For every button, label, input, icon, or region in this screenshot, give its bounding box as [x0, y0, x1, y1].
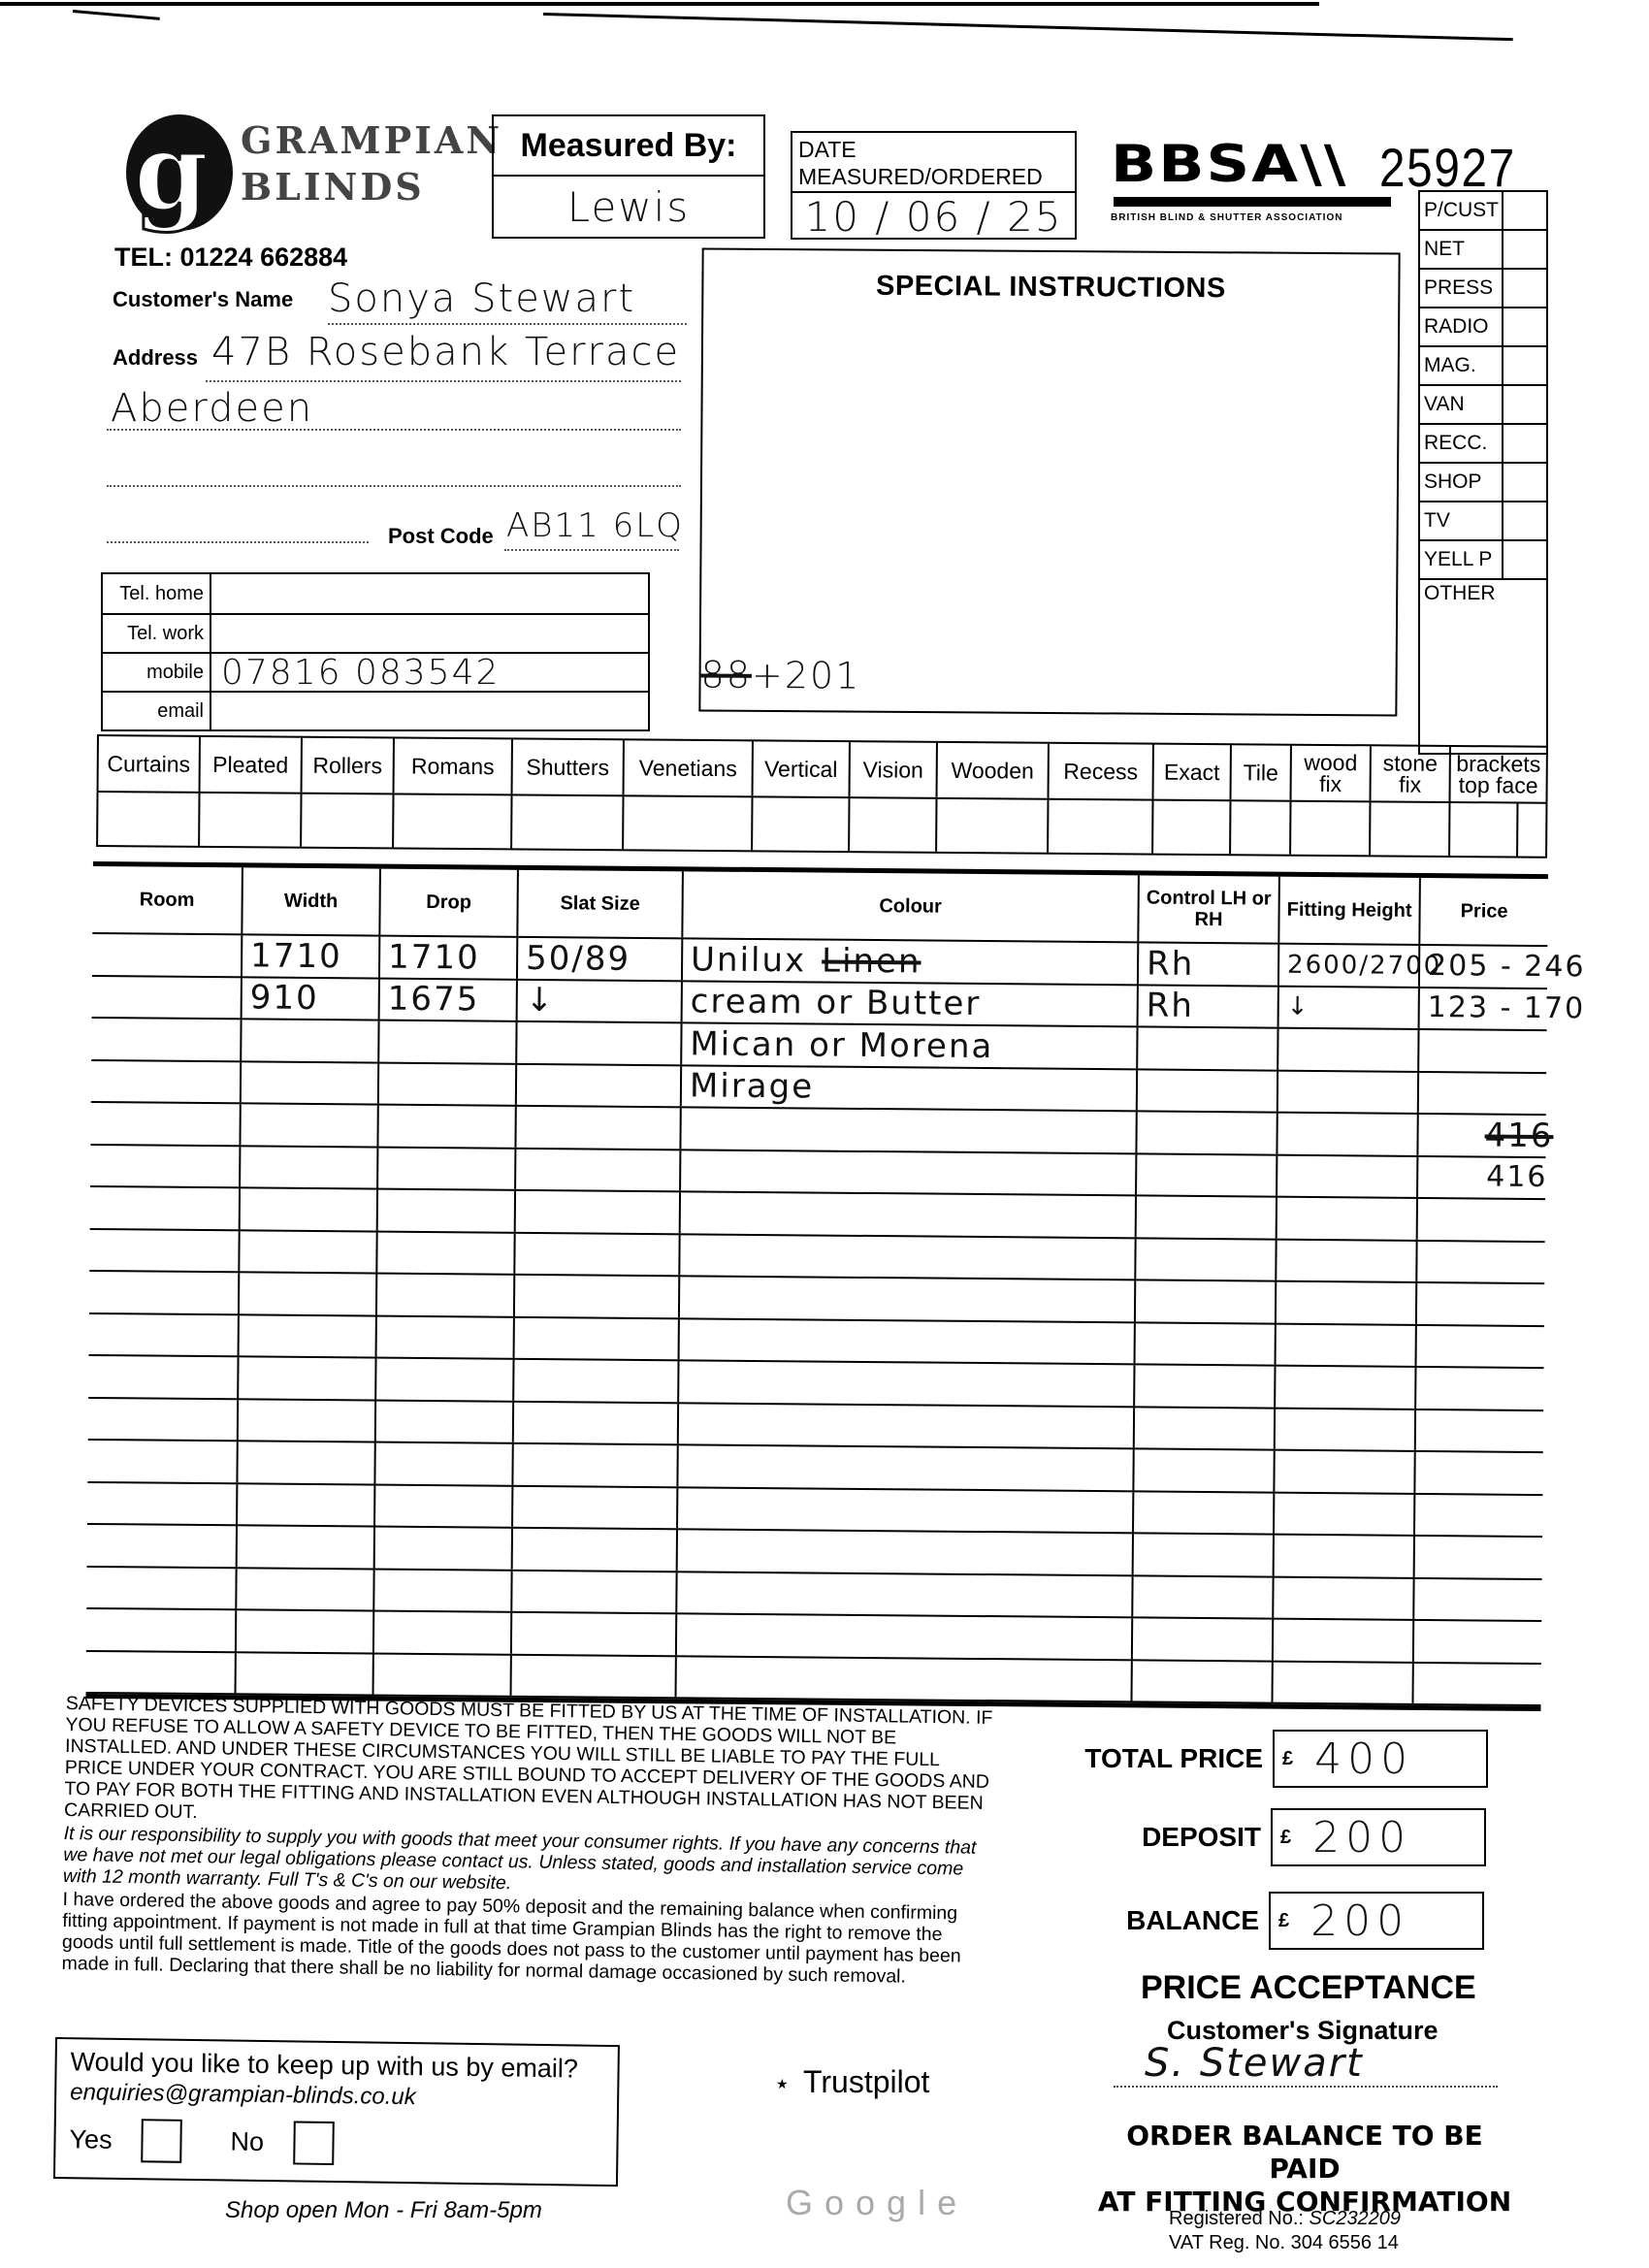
cell-price[interactable]: 205 - 246: [1420, 946, 1547, 988]
bbsa-name: BRITISH BLIND & SHUTTER ASSOCIATION: [1111, 212, 1342, 223]
cell-colour[interactable]: Mirage: [682, 1066, 1138, 1111]
cell-width[interactable]: [238, 1484, 375, 1526]
postcode-label: Post Code: [388, 524, 494, 549]
cell-control[interactable]: [1135, 1365, 1276, 1407]
balance-label: BALANCE: [1065, 1905, 1269, 1936]
cell-slat[interactable]: ↓: [518, 980, 683, 1021]
contact-label: Tel. work: [103, 615, 211, 652]
cell-slat[interactable]: [512, 1613, 677, 1655]
source-checkbox[interactable]: [1503, 192, 1546, 229]
product-type-checkbox[interactable]: [302, 794, 394, 848]
cell-fitting[interactable]: [1277, 1240, 1417, 1281]
cell-control[interactable]: [1138, 1070, 1278, 1112]
source-checkbox[interactable]: [1503, 464, 1546, 501]
registered-number: Registered No.: SC232209: [1169, 2207, 1401, 2231]
cell-control[interactable]: [1138, 1027, 1278, 1069]
cell-price[interactable]: [1419, 1072, 1546, 1114]
total-price-label: TOTAL PRICE: [1069, 1743, 1273, 1774]
deposit-field[interactable]: £ 200: [1271, 1808, 1486, 1866]
cell-colour[interactable]: [680, 1277, 1136, 1321]
cell-slat[interactable]: [513, 1486, 678, 1528]
company-email[interactable]: enquiries@grampian-blinds.co.uk: [70, 2079, 603, 2114]
total-price-row: TOTAL PRICE £ 400: [1069, 1730, 1488, 1788]
deposit-row: DEPOSIT £ 200: [1067, 1808, 1486, 1866]
cell-price[interactable]: 416: [1418, 1115, 1545, 1156]
cell-room[interactable]: [91, 1060, 242, 1102]
product-type-label: brackets top face: [1451, 747, 1546, 802]
cell-slat[interactable]: [517, 1022, 682, 1064]
source-row: RECC.: [1420, 423, 1546, 462]
special-instructions-title: SPECIAL INSTRUCTIONS: [703, 270, 1398, 307]
column-header: Control LH or RH: [1139, 875, 1280, 942]
cell-slat[interactable]: [515, 1276, 680, 1317]
cell-drop[interactable]: [378, 1190, 516, 1232]
cell-width[interactable]: [241, 1147, 378, 1188]
customer-name-line: [328, 323, 687, 325]
contact-row: Tel. home: [103, 574, 648, 613]
cell-colour[interactable]: [680, 1319, 1136, 1364]
google-logo: Google: [786, 2183, 968, 2223]
cell-room[interactable]: [92, 976, 242, 1018]
no-checkbox[interactable]: [293, 2121, 335, 2165]
cell-drop[interactable]: [376, 1401, 514, 1442]
cell-slat[interactable]: [516, 1149, 681, 1190]
cell-drop[interactable]: [377, 1275, 515, 1316]
cell-slat[interactable]: [516, 1191, 681, 1233]
source-label: RADIO: [1420, 308, 1503, 345]
cell-colour[interactable]: [678, 1445, 1134, 1490]
postcode-line: [504, 549, 679, 551]
order-balance-notice: ORDER BALANCE TO BE PAID AT FITTING CONF…: [1086, 2120, 1523, 2219]
measured-by-value[interactable]: Lewis: [494, 177, 763, 237]
colour-value: Unilux: [691, 949, 806, 971]
balance-field[interactable]: £ 200: [1269, 1892, 1484, 1950]
contact-value[interactable]: [211, 574, 648, 613]
postcode-value[interactable]: AB11 6LQ: [506, 506, 684, 545]
cell-drop[interactable]: [374, 1654, 512, 1696]
payment-agreement: I have ordered the above goods and agree…: [61, 1889, 993, 1989]
no-label: No: [230, 2127, 264, 2157]
cell-width[interactable]: [238, 1526, 375, 1568]
source-row: P/CUST: [1420, 190, 1546, 229]
cell-price[interactable]: [1418, 1199, 1545, 1241]
cell-fitting[interactable]: [1278, 1029, 1419, 1071]
product-type-checkbox[interactable]: [1049, 800, 1153, 854]
consumer-rights: It is our responsibility to supply you w…: [63, 1823, 995, 1901]
contact-label: mobile: [103, 654, 211, 691]
measurement-header: RoomWidthDropSlat SizeColourControl LH o…: [92, 866, 1548, 947]
cell-drop[interactable]: 1675: [380, 979, 518, 1021]
cell-width[interactable]: [239, 1400, 376, 1442]
cell-colour[interactable]: [679, 1361, 1135, 1406]
contact-label: Tel. home: [103, 574, 211, 613]
measurement-rows: 1710171050/89UniluxLinenRh2600/2700205 -…: [86, 934, 1548, 1706]
currency-symbol: £: [1282, 1748, 1293, 1770]
cell-fitting[interactable]: [1275, 1536, 1415, 1577]
cell-width[interactable]: [237, 1569, 374, 1610]
source-label: NET: [1420, 231, 1503, 268]
brackets-top-checkbox[interactable]: [1450, 803, 1518, 857]
cell-drop[interactable]: [375, 1443, 513, 1485]
total-price-value: 400: [1314, 1734, 1413, 1784]
column-header: Price: [1420, 878, 1548, 945]
contact-value[interactable]: [211, 693, 648, 729]
address-line-1: [206, 380, 681, 382]
deposit-label: DEPOSIT: [1067, 1822, 1271, 1853]
source-checkbox[interactable]: [1503, 425, 1546, 462]
customer-name-label: Customer's Name: [113, 287, 293, 312]
address-line-1-value[interactable]: 47B Rosebank Terrace: [211, 330, 680, 374]
cell-drop[interactable]: [379, 1063, 517, 1105]
cell-drop[interactable]: [378, 1148, 516, 1189]
trustpilot-logo: Trustpilot: [803, 2064, 929, 2100]
terms-and-conditions: SAFETY DEVICES SUPPLIED WITH GOODS MUST …: [61, 1693, 996, 1991]
cell-slat[interactable]: [516, 1107, 681, 1149]
cell-fitting[interactable]: [1274, 1620, 1414, 1662]
cell-colour[interactable]: [679, 1404, 1135, 1448]
cell-colour[interactable]: [678, 1530, 1134, 1574]
struck-price: 416: [1484, 1124, 1553, 1147]
cell-fitting[interactable]: [1278, 1071, 1419, 1113]
order-balance-line1: ORDER BALANCE TO BE PAID: [1086, 2120, 1523, 2186]
column-header: Drop: [380, 869, 519, 936]
safety-terms: SAFETY DEVICES SUPPLIED WITH GOODS MUST …: [64, 1693, 997, 1835]
yes-label: Yes: [69, 2124, 112, 2155]
source-checkbox[interactable]: [1503, 386, 1546, 423]
cell-width[interactable]: [242, 1020, 379, 1061]
email-optin-box: Would you like to keep up with us by ema…: [53, 2037, 620, 2187]
product-type-checkbox[interactable]: [624, 796, 753, 850]
date-label: DATE MEASURED/ORDERED: [792, 133, 1075, 193]
customer-name-value[interactable]: Sonya Stewart: [328, 276, 635, 321]
cell-price[interactable]: [1416, 1368, 1543, 1409]
contact-value[interactable]: 07816 083542: [211, 654, 648, 691]
yes-checkbox[interactable]: [141, 2119, 182, 2163]
cell-colour[interactable]: Mican or Morena: [682, 1023, 1138, 1068]
cell-colour[interactable]: [677, 1614, 1133, 1659]
contact-table: Tel. homeTel. workmobile07816 083542emai…: [101, 572, 650, 731]
cell-room[interactable]: [92, 934, 242, 976]
cell-control[interactable]: [1132, 1661, 1273, 1702]
column-header: Colour: [683, 871, 1140, 941]
cell-price[interactable]: 416: [1418, 1156, 1545, 1198]
brackets-face-checkbox[interactable]: [1518, 804, 1545, 857]
currency-symbol: £: [1280, 1827, 1291, 1849]
cell-width[interactable]: [237, 1610, 374, 1652]
cell-fitting[interactable]: [1277, 1198, 1418, 1240]
bbsa-bar: [1114, 197, 1391, 207]
cell-slat[interactable]: [514, 1402, 679, 1443]
cell-control[interactable]: Rh: [1139, 986, 1279, 1027]
product-type-checkbox[interactable]: [1231, 801, 1291, 854]
cell-drop[interactable]: [375, 1528, 513, 1570]
source-row: PRESS: [1420, 268, 1546, 307]
product-type-checkbox[interactable]: [1371, 802, 1450, 856]
cell-width[interactable]: [240, 1273, 377, 1314]
address-line-2-value[interactable]: Aberdeen: [111, 386, 313, 431]
cell-colour[interactable]: [680, 1235, 1136, 1280]
source-checkbox[interactable]: [1503, 347, 1546, 384]
address-line-3: [107, 485, 681, 487]
cell-control[interactable]: [1136, 1323, 1277, 1365]
cell-control[interactable]: [1133, 1618, 1274, 1660]
cell-price[interactable]: [1413, 1663, 1540, 1704]
logo-letter: g: [134, 109, 209, 234]
cell-price[interactable]: [1419, 1030, 1546, 1072]
source-checkbox[interactable]: [1503, 502, 1546, 539]
note-value: +201: [752, 654, 861, 697]
cell-room[interactable]: [87, 1525, 238, 1567]
product-type-label: Exact: [1154, 745, 1232, 800]
cell-fitting[interactable]: [1275, 1451, 1415, 1493]
cell-slat[interactable]: 50/89: [518, 938, 683, 980]
reg-number: SC232209: [1309, 2208, 1402, 2229]
contact-value[interactable]: [211, 615, 648, 652]
product-type-label: Venetians: [625, 740, 754, 795]
product-type-checkbox[interactable]: [98, 793, 200, 846]
cell-colour[interactable]: [677, 1657, 1133, 1701]
cell-room[interactable]: [88, 1356, 239, 1398]
product-type-label: Vertical: [754, 741, 851, 796]
cell-fitting[interactable]: [1275, 1493, 1415, 1535]
cell-price[interactable]: [1414, 1621, 1541, 1663]
source-label: VAN: [1420, 386, 1503, 423]
cell-fitting[interactable]: [1277, 1155, 1418, 1197]
cell-control[interactable]: Rh: [1139, 943, 1279, 985]
cell-width[interactable]: [238, 1442, 375, 1483]
address-label: Address: [113, 345, 198, 371]
measured-by-label: Measured By:: [494, 116, 763, 177]
cell-room[interactable]: [89, 1229, 240, 1271]
cell-price[interactable]: [1415, 1452, 1542, 1494]
cell-width[interactable]: [239, 1357, 376, 1399]
column-header: Room: [92, 866, 243, 933]
balance-value: 200: [1310, 1896, 1409, 1946]
product-type-label: Tile: [1232, 745, 1292, 799]
column-header: Width: [242, 867, 381, 934]
product-type-checkbox[interactable]: [753, 797, 850, 851]
cell-fitting[interactable]: [1276, 1409, 1416, 1450]
cell-fitting[interactable]: [1277, 1282, 1417, 1324]
reg-label: Registered No.:: [1169, 2208, 1304, 2229]
cell-fitting[interactable]: [1274, 1577, 1414, 1619]
cell-slat[interactable]: [513, 1529, 678, 1571]
cell-room[interactable]: [87, 1482, 238, 1524]
cell-width[interactable]: [241, 1188, 378, 1230]
cell-price[interactable]: [1417, 1283, 1544, 1325]
cell-control[interactable]: [1134, 1534, 1275, 1575]
balance-row: BALANCE £ 200: [1065, 1892, 1484, 1950]
cell-drop[interactable]: [379, 1021, 517, 1063]
cell-colour[interactable]: [681, 1108, 1137, 1152]
cell-control[interactable]: [1137, 1154, 1277, 1196]
cell-colour[interactable]: [678, 1488, 1134, 1533]
cell-fitting[interactable]: 2600/2700: [1279, 945, 1420, 987]
source-row: SHOP: [1420, 462, 1546, 501]
cell-width[interactable]: 910: [242, 978, 380, 1020]
cell-width[interactable]: [242, 1062, 379, 1104]
source-checkbox[interactable]: [1503, 308, 1546, 345]
scan-edge-line: [0, 2, 1319, 6]
source-label: YELL P: [1420, 541, 1503, 578]
cell-slat[interactable]: [512, 1571, 677, 1612]
cell-drop[interactable]: [376, 1359, 514, 1401]
cell-price[interactable]: 123 - 170: [1420, 988, 1547, 1029]
source-checkbox[interactable]: [1503, 231, 1546, 268]
product-type-checkbox[interactable]: [1291, 802, 1371, 856]
cell-control[interactable]: [1135, 1408, 1276, 1449]
source-checkbox[interactable]: [1503, 541, 1546, 578]
cell-drop[interactable]: [374, 1612, 512, 1654]
cell-fitting[interactable]: [1273, 1662, 1413, 1703]
cell-drop[interactable]: [377, 1232, 515, 1274]
product-type-label: Vision: [851, 742, 938, 797]
cell-colour[interactable]: cream or Butter: [683, 982, 1139, 1026]
cell-width[interactable]: [240, 1231, 377, 1273]
currency-symbol: £: [1278, 1910, 1289, 1932]
cell-slat[interactable]: [514, 1360, 679, 1402]
colour-value: cream or Butter: [691, 991, 982, 1016]
cell-drop[interactable]: 1710: [380, 937, 518, 979]
product-type-checkbox[interactable]: [512, 795, 624, 849]
cell-fitting[interactable]: [1277, 1114, 1418, 1155]
cell-price[interactable]: [1415, 1537, 1542, 1578]
cell-control[interactable]: [1134, 1449, 1275, 1491]
cell-fitting[interactable]: ↓: [1279, 987, 1420, 1028]
source-row: NET: [1420, 229, 1546, 268]
trustpilot-star-icon: ★: [776, 2076, 789, 2092]
cell-room[interactable]: [91, 1019, 242, 1060]
product-type-label: stone fix: [1372, 746, 1451, 801]
product-type-label: Curtains: [99, 736, 201, 792]
cell-fitting[interactable]: [1277, 1324, 1417, 1366]
cell-drop[interactable]: [378, 1106, 516, 1148]
cell-price[interactable]: [1417, 1325, 1544, 1367]
colour-value: Mican or Morena: [690, 1033, 993, 1057]
cell-colour[interactable]: [681, 1150, 1137, 1195]
address-line-4: [107, 541, 369, 543]
cell-slat[interactable]: [515, 1233, 680, 1275]
product-type-table: CurtainsPleatedRollersRomansShuttersVene…: [96, 734, 1548, 859]
total-price-field[interactable]: £ 400: [1273, 1730, 1488, 1788]
contact-row: Tel. work: [103, 613, 648, 652]
cell-colour[interactable]: [677, 1572, 1133, 1617]
product-type-checkbox[interactable]: [394, 794, 512, 848]
deposit-value: 200: [1312, 1813, 1411, 1863]
cell-drop[interactable]: [374, 1570, 512, 1611]
cell-room[interactable]: [89, 1313, 240, 1355]
cell-width[interactable]: [240, 1315, 377, 1357]
scan-edge-line: [73, 10, 160, 20]
cell-slat[interactable]: [513, 1444, 678, 1486]
source-other[interactable]: OTHER: [1420, 578, 1546, 755]
cell-room[interactable]: [87, 1441, 238, 1482]
cell-room[interactable]: [86, 1651, 237, 1693]
cell-control[interactable]: [1137, 1112, 1277, 1153]
source-checkbox[interactable]: [1503, 270, 1546, 307]
vat-label: VAT Reg. No.: [1169, 2232, 1285, 2253]
cell-slat[interactable]: [512, 1655, 677, 1697]
cell-drop[interactable]: [375, 1485, 513, 1527]
source-label: PRESS: [1420, 270, 1503, 307]
registration-info: Registered No.: SC232209 VAT Reg. No. 30…: [1169, 2207, 1401, 2255]
cell-width[interactable]: [241, 1104, 378, 1146]
scan-edge-line: [543, 13, 1513, 41]
cell-slat[interactable]: [515, 1317, 680, 1359]
special-instructions-note: 88+201: [700, 653, 860, 697]
cell-fitting[interactable]: [1276, 1367, 1416, 1409]
cell-room[interactable]: [90, 1187, 241, 1229]
source-label: MAG.: [1420, 347, 1503, 384]
cell-room[interactable]: [86, 1609, 237, 1651]
contact-row: email: [103, 691, 648, 729]
cell-room[interactable]: [88, 1398, 239, 1440]
cell-room[interactable]: [86, 1567, 237, 1608]
struck-colour: Linen: [822, 950, 921, 972]
special-instructions-box[interactable]: SPECIAL INSTRUCTIONS 88+201: [698, 247, 1400, 716]
cell-control[interactable]: [1133, 1576, 1274, 1618]
measured-by-box: Measured By: Lewis: [492, 114, 765, 239]
cell-colour[interactable]: [681, 1192, 1137, 1237]
cell-price[interactable]: [1414, 1578, 1541, 1620]
cell-control[interactable]: [1136, 1239, 1277, 1280]
cell-drop[interactable]: [377, 1316, 515, 1358]
cell-room[interactable]: [89, 1272, 240, 1313]
source-label: TV: [1420, 502, 1503, 539]
company-name-line1: GRAMPIAN: [241, 118, 502, 162]
source-row: MAG.: [1420, 345, 1546, 384]
cell-price[interactable]: [1416, 1409, 1543, 1451]
signature-line: [1114, 2086, 1498, 2088]
product-type-label: Rollers: [303, 738, 395, 794]
customer-signature[interactable]: S. Stewart: [1145, 2041, 1364, 2086]
lead-source-table: P/CUSTNETPRESSRADIOMAG.VANRECC.SHOPTVYEL…: [1418, 190, 1548, 755]
vat-number: VAT Reg. No. 304 6556 14: [1169, 2231, 1401, 2255]
cell-width[interactable]: [237, 1653, 374, 1695]
cell-room[interactable]: [90, 1103, 241, 1145]
cell-control[interactable]: [1136, 1280, 1277, 1322]
cell-price[interactable]: [1415, 1494, 1542, 1536]
bbsa-logo: BBSA\\: [1111, 133, 1347, 193]
vat-value: 304 6556 14: [1291, 2232, 1399, 2253]
cell-price[interactable]: [1417, 1241, 1544, 1282]
product-type-checkbox[interactable]: [200, 794, 302, 847]
product-type-checkbox[interactable]: [1153, 801, 1231, 855]
date-value[interactable]: 10 / 06 / 25: [792, 193, 1075, 240]
product-type-checkbox[interactable]: [937, 799, 1049, 853]
product-type-label: Wooden: [938, 743, 1050, 798]
date-box: DATE MEASURED/ORDERED 10 / 06 / 25: [791, 131, 1077, 240]
column-header: Slat Size: [518, 870, 684, 937]
cell-width[interactable]: 1710: [242, 935, 380, 977]
date-label-line2: MEASURED/ORDERED: [798, 163, 1069, 190]
price-acceptance-title: PRICE ACCEPTANCE: [1141, 1969, 1476, 2007]
product-type-checkbox[interactable]: [850, 798, 937, 852]
column-header: Fitting Height: [1279, 877, 1421, 944]
product-type-label: wood fix: [1292, 746, 1372, 801]
cell-slat[interactable]: [517, 1064, 682, 1106]
email-optin-question: Would you like to keep up with us by ema…: [70, 2047, 603, 2085]
cell-control[interactable]: [1134, 1492, 1275, 1534]
product-type-label: Pleated: [201, 737, 303, 793]
source-label: SHOP: [1420, 464, 1503, 501]
contact-row: mobile07816 083542: [103, 652, 648, 691]
cell-room[interactable]: [90, 1145, 241, 1186]
cell-control[interactable]: [1137, 1196, 1277, 1238]
source-row: YELL P: [1420, 539, 1546, 578]
cell-colour[interactable]: UniluxLinen: [683, 939, 1139, 984]
contact-label: email: [103, 693, 211, 729]
